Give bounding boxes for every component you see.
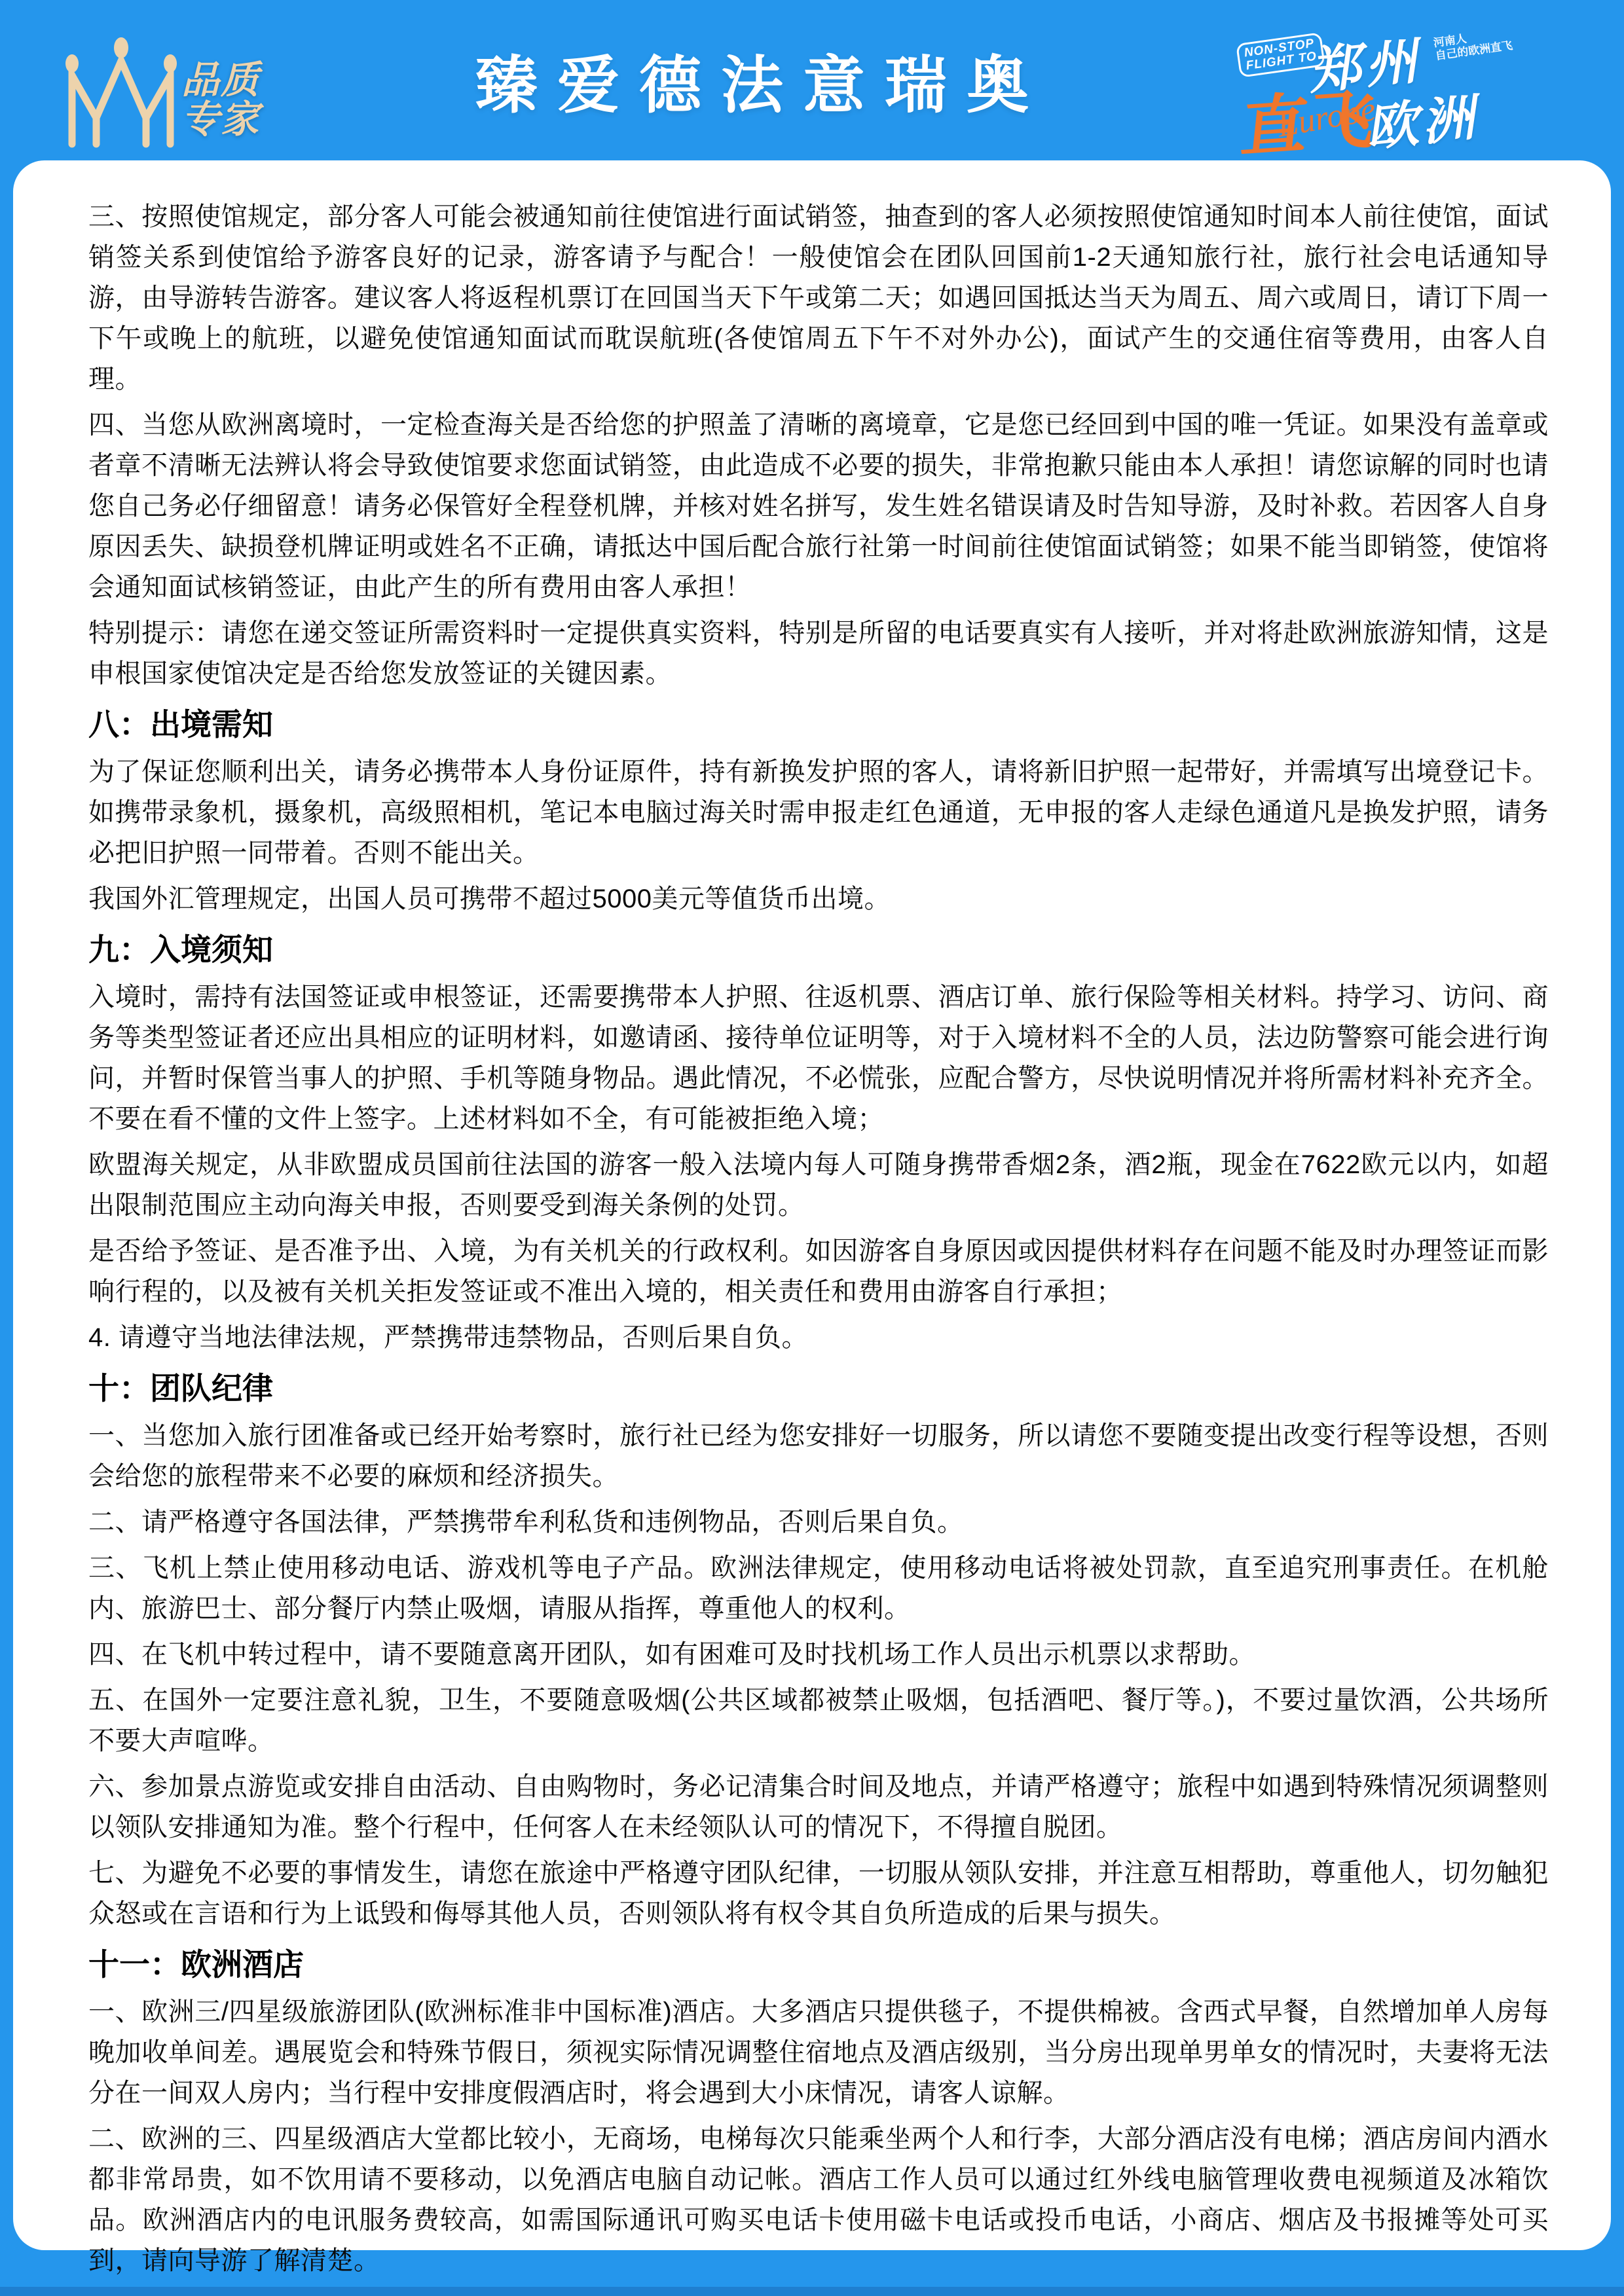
paragraph: 特别提示：请您在递交签证所需资料时一定提供真实资料，特别是所留的电话要真实有人接… — [88, 613, 1549, 694]
section-heading: 八：出境需知 — [88, 704, 1549, 745]
section-heading: 十：团队纪律 — [88, 1368, 1549, 1409]
bottom-edge-strip — [0, 2287, 1624, 2296]
content-blocks: 三、按照使馆规定，部分客人可能会被通知前往使馆进行面试销签，抽查到的客人必须按照… — [88, 196, 1549, 2281]
zhengzhou-europe-logo: 直飞 NON-STOP FLIGHT TO 郑州 河南人 自己的欧洲直飞 Eur… — [1238, 13, 1545, 160]
paragraph: 欧盟海关规定，从非欧盟成员国前往法国的游客一般入法境内每人可随身携带香烟2条，酒… — [88, 1144, 1549, 1226]
paragraph: 二、欧洲的三、四星级酒店大堂都比较小，无商场，电梯每次只能乘坐两个人和行李，大部… — [88, 2119, 1549, 2281]
section-heading: 九：入境须知 — [88, 930, 1549, 970]
tagline: 河南人 自己的欧洲直飞 — [1433, 26, 1514, 64]
paragraph: 二、请严格遵守各国法律，严禁携带牟利私货和违例物品，否则后果自负。 — [88, 1502, 1549, 1542]
paragraph: 入境时，需持有法国签证或申根签证，还需要携带本人护照、往返机票、酒店订单、旅行保… — [88, 977, 1549, 1139]
paragraph: 五、在国外一定要注意礼貌，卫生，不要随意吸烟(公共区域都被禁止吸烟，包括酒吧、餐… — [88, 1680, 1549, 1761]
page-title: 臻爱德法意瑞奥 — [286, 36, 1238, 125]
paragraph: 三、按照使馆规定，部分客人可能会被通知前往使馆进行面试销签，抽查到的客人必须按照… — [88, 196, 1549, 399]
crown-icon — [56, 29, 193, 151]
paragraph: 七、为避免不必要的事情发生，请您在旅途中严格遵守团队纪律，一切服从领队安排，并注… — [88, 1853, 1549, 1934]
logo-text-line1: 品质 — [181, 59, 260, 101]
region-label: 欧洲 — [1365, 77, 1488, 161]
paragraph: 为了保证您顺利出关，请务必携带本人身份证原件，持有新换发护照的客人，请将新旧护照… — [88, 752, 1549, 873]
page-header: 品质 专家 臻爱德法意瑞奥 直飞 NON-STOP FLIGHT TO 郑州 河… — [0, 0, 1624, 160]
quality-expert-logo: 品质 专家 — [56, 29, 260, 151]
quality-expert-label: 品质 专家 — [181, 61, 260, 138]
document-card: 三、按照使馆规定，部分客人可能会被通知前往使馆进行面试销签，抽查到的客人必须按照… — [13, 160, 1611, 2250]
paragraph: 六、参加景点游览或安排自由活动、自由购物时，务必记清集合时间及地点，并请严格遵守… — [88, 1766, 1549, 1848]
section-heading: 十一：欧洲酒店 — [88, 1944, 1549, 1985]
paragraph: 4. 请遵守当地法律法规，严禁携带违禁物品，否则后果自负。 — [88, 1317, 1549, 1358]
paragraph: 四、当您从欧洲离境时，一定检查海关是否给您的护照盖了清晰的离境章，它是您已经回到… — [88, 405, 1549, 608]
paragraph: 是否给予签证、是否准予出、入境，为有关机关的行政权利。如因游客自身原因或因提供材… — [88, 1231, 1549, 1312]
paragraph: 三、飞机上禁止使用移动电话、游戏机等电子产品。欧洲法律规定，使用移动电话将被处罚… — [88, 1548, 1549, 1629]
paragraph: 一、欧洲三/四星级旅游团队(欧洲标准非中国标准)酒店。大多酒店只提供毯子，不提供… — [88, 1992, 1549, 2113]
paragraph: 四、在飞机中转过程中，请不要随意离开团队，如有困难可及时找机场工作人员出示机票以… — [88, 1634, 1549, 1675]
logo-text-line2: 专家 — [181, 98, 260, 141]
paragraph: 我国外汇管理规定，出国人员可携带不超过5000美元等值货币出境。 — [88, 879, 1549, 919]
paragraph: 一、当您加入旅行团准备或已经开始考察时，旅行社已经为您安排好一切服务，所以请您不… — [88, 1415, 1549, 1497]
